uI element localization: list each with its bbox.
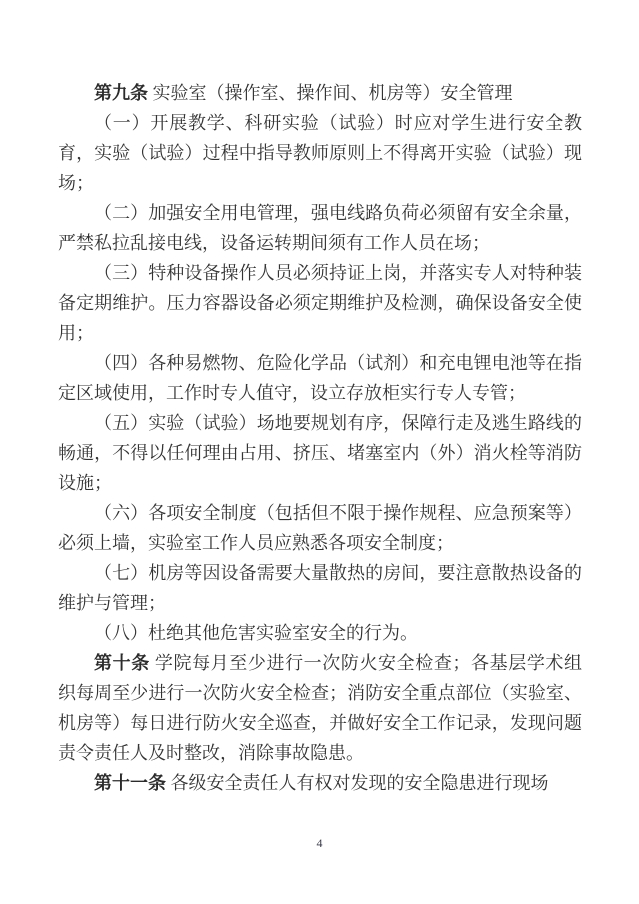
- article-number: 第九条: [94, 83, 148, 103]
- paragraph-item-4: （四）各种易燃物、危险化学品（试剂）和充电锂电池等在指定区域使用，工作时专人值守…: [58, 348, 582, 408]
- paragraph-text: 各级安全责任人有权对发现的安全隐患进行现场: [166, 773, 549, 793]
- paragraph-text: （四）各种易燃物、危险化学品（试剂）和充电锂电池等在指定区域使用，工作时专人值守…: [58, 353, 582, 403]
- paragraph-text: （二）加强安全用电管理，强电线路负荷必须留有安全余量，严禁私拉乱接电线，设备运转…: [58, 203, 582, 253]
- paragraph-text: （六）各项安全制度（包括但不限于操作规程、应急预案等）必须上墙，实验室工作人员应…: [58, 503, 582, 553]
- document-body: 第九条 实验室（操作室、操作间、机房等）安全管理 （一）开展教学、科研实验（试验…: [58, 78, 582, 798]
- paragraph-text: （八）杜绝其他危害实验室安全的行为。: [94, 623, 418, 643]
- paragraph-text: 实验室（操作室、操作间、机房等）安全管理: [148, 83, 513, 103]
- paragraph-article-9-heading: 第九条 实验室（操作室、操作间、机房等）安全管理: [58, 78, 582, 108]
- paragraph-item-3: （三）特种设备操作人员必须持证上岗，并落实专人对特种装备定期维护。压力容器设备必…: [58, 258, 582, 348]
- paragraph-item-6: （六）各项安全制度（包括但不限于操作规程、应急预案等）必须上墙，实验室工作人员应…: [58, 498, 582, 558]
- paragraph-item-1: （一）开展教学、科研实验（试验）时应对学生进行安全教育，实验（试验）过程中指导教…: [58, 108, 582, 198]
- paragraph-text: （三）特种设备操作人员必须持证上岗，并落实专人对特种装备定期维护。压力容器设备必…: [58, 263, 582, 343]
- paragraph-text: （一）开展教学、科研实验（试验）时应对学生进行安全教育，实验（试验）过程中指导教…: [58, 113, 582, 193]
- paragraph-text: （五）实验（试验）场地要规划有序，保障行走及逃生路线的畅通，不得以任何理由占用、…: [58, 413, 582, 493]
- page-number: 4: [0, 836, 639, 851]
- article-number: 第十一条: [94, 773, 166, 793]
- paragraph-article-10: 第十条 学院每月至少进行一次防火安全检查；各基层学术组织每周至少进行一次防火安全…: [58, 648, 582, 768]
- document-page: 第九条 实验室（操作室、操作间、机房等）安全管理 （一）开展教学、科研实验（试验…: [0, 0, 639, 904]
- paragraph-article-11: 第十一条 各级安全责任人有权对发现的安全隐患进行现场: [58, 768, 582, 798]
- paragraph-item-8: （八）杜绝其他危害实验室安全的行为。: [58, 618, 582, 648]
- paragraph-item-5: （五）实验（试验）场地要规划有序，保障行走及逃生路线的畅通，不得以任何理由占用、…: [58, 408, 582, 498]
- paragraph-item-7: （七）机房等因设备需要大量散热的房间，要注意散热设备的维护与管理；: [58, 558, 582, 618]
- article-number: 第十条: [94, 653, 150, 673]
- paragraph-item-2: （二）加强安全用电管理，强电线路负荷必须留有安全余量，严禁私拉乱接电线，设备运转…: [58, 198, 582, 258]
- paragraph-text: （七）机房等因设备需要大量散热的房间，要注意散热设备的维护与管理；: [58, 563, 582, 613]
